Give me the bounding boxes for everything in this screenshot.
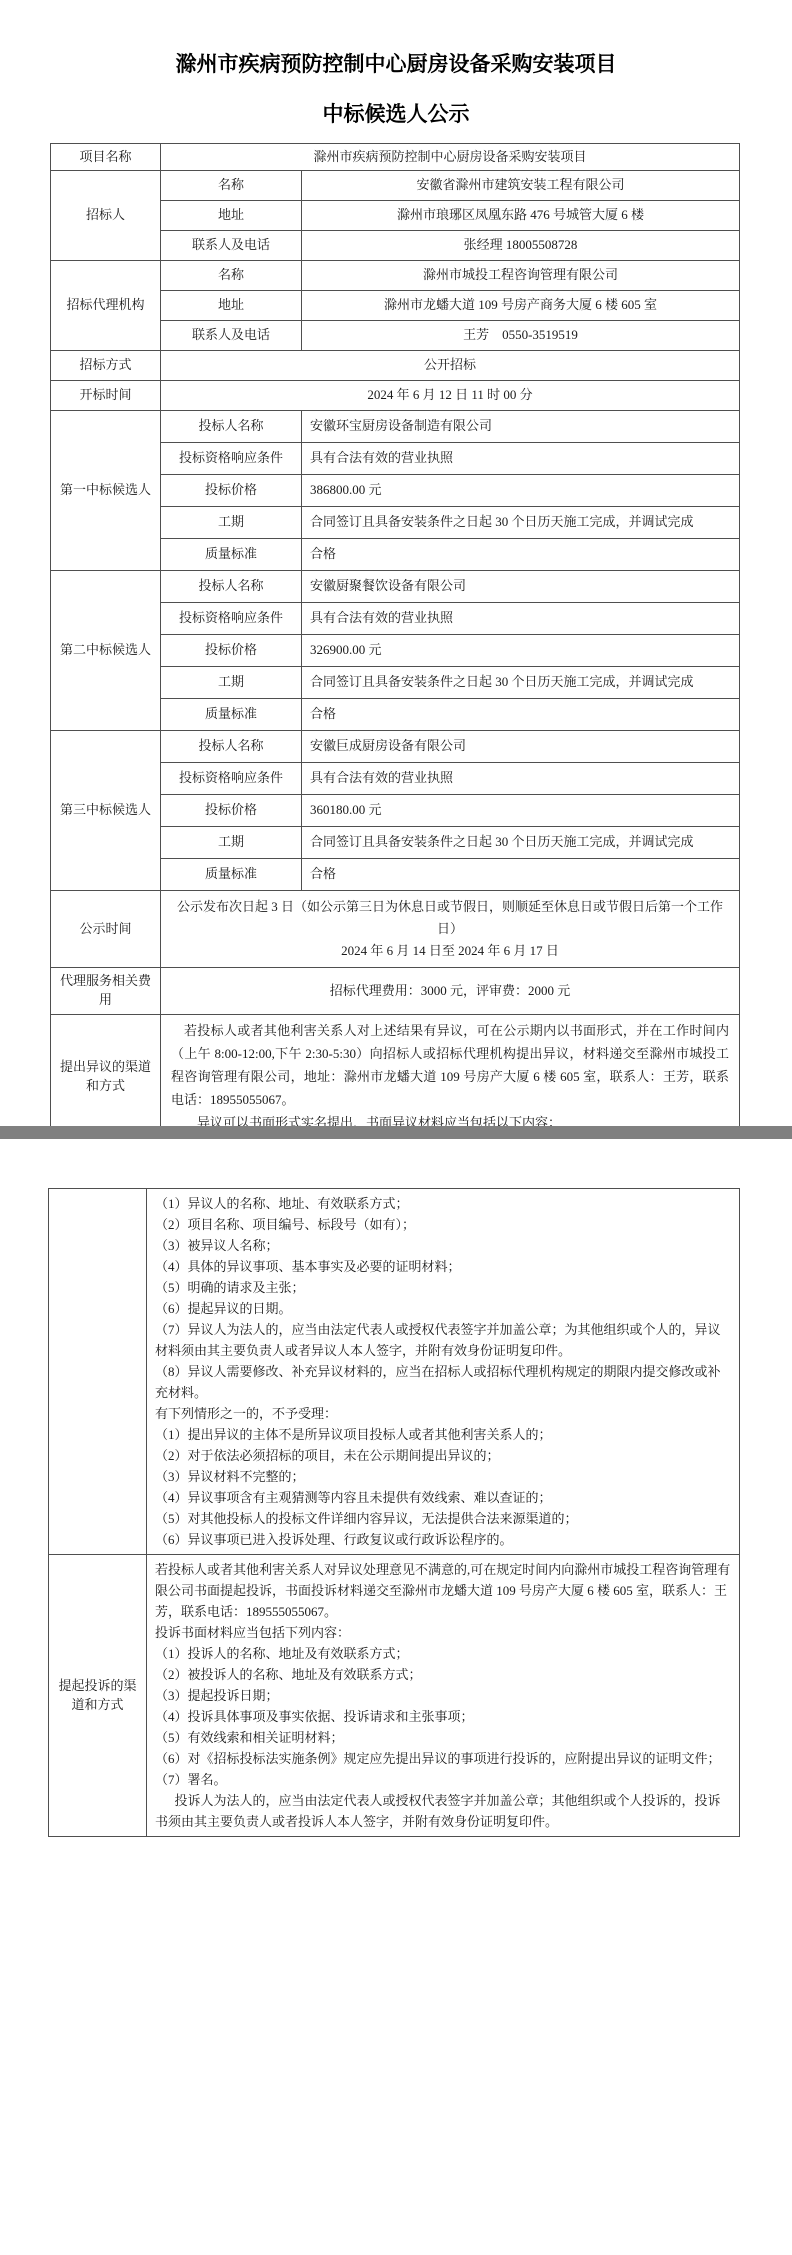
field-value-cell: 安徽环宝厨房设备制造有限公司 [302,411,740,443]
candidate1-label: 第一中标候选人 [51,411,161,571]
table-row: 提起投诉的渠道和方式 若投标人或者其他利害关系人对异议处理意见不满意的,可在规定… [49,1555,740,1837]
field-value-cell: 合格 [302,859,740,891]
candidate2-label: 第二中标候选人 [51,571,161,731]
field-value-cell: 王芳 0550-3519519 [302,321,740,351]
list-item: （7）异议人为法人的，应当由法定代表人或授权代表签字并加盖公章；为其他组织或个人… [155,1319,731,1361]
list-item: （7）署名。 [155,1769,731,1790]
project-name-value: 滁州市疾病预防控制中心厨房设备采购安装项目 [161,144,740,171]
field-label-cell: 工期 [161,827,302,859]
field-value-cell: 具有合法有效的营业执照 [302,763,740,795]
field-value-cell: 合格 [302,699,740,731]
list-item: （3）被异议人名称； [155,1235,731,1256]
field-value-cell: 360180.00 元 [302,795,740,827]
list-item: （5）对其他投标人的投标文件详细内容异议，无法提供合法来源渠道的； [155,1508,731,1529]
list-item: （3）异议材料不完整的； [155,1466,731,1487]
field-value-cell: 具有合法有效的营业执照 [302,443,740,475]
list-item: （2）项目名称、项目编号、标段号（如有）； [155,1214,731,1235]
announcement-table-page2: （1）异议人的名称、地址、有效联系方式； （2）项目名称、项目编号、标段号（如有… [48,1188,740,1837]
field-label-cell: 地址 [161,201,302,231]
list-item: （1）提出异议的主体不是所异议项目投标人或者其他利害关系人的； [155,1424,731,1445]
bid-opening-time-label: 开标时间 [51,381,161,411]
field-label-cell: 质量标准 [161,539,302,571]
empty-label-cell [49,1189,147,1555]
table-row: 招标代理机构 名称 滁州市城投工程咨询管理有限公司 [51,261,740,291]
list-item: （6）异议事项已进入投诉处理、行政复议或行政诉讼程序的。 [155,1529,731,1550]
field-value-cell: 具有合法有效的营业执照 [302,603,740,635]
table-row: 招标方式 公开招标 [51,351,740,381]
field-label-cell: 投标人名称 [161,411,302,443]
document-page: 滁州市疾病预防控制中心厨房设备采购安装项目 中标候选人公示 项目名称 滁州市疾病… [0,0,792,2255]
field-label-cell: 投标资格响应条件 [161,763,302,795]
field-label-cell: 质量标准 [161,699,302,731]
list-item: 有下列情形之一的，不予受理： [155,1403,731,1424]
page-subtitle: 中标候选人公示 [0,98,792,128]
list-item: （6）提起异议的日期。 [155,1298,731,1319]
table-row: 提出异议的渠道和方式 若投标人或者其他利害关系人对上述结果有异议，可在公示期内以… [51,1015,740,1139]
field-label-cell: 投标人名称 [161,731,302,763]
complaint-channel-cell: 若投标人或者其他利害关系人对异议处理意见不满意的,可在规定时间内向滁州市城投工程… [147,1555,740,1837]
agency-fee-value: 招标代理费用：3000 元，评审费：2000 元 [161,968,740,1015]
publicity-period-text: 公示发布次日起 3 日（如公示第三日为休息日或节假日，则顺延至休息日或节假日后第… [171,896,729,940]
list-item: （8）异议人需要修改、补充异议材料的，应当在招标人或招标代理机构规定的期限内提交… [155,1361,731,1403]
table-row: 第二中标候选人 投标人名称 安徽厨聚餐饮设备有限公司 [51,571,740,603]
table-row: 公示时间 公示发布次日起 3 日（如公示第三日为休息日或节假日，则顺延至休息日或… [51,891,740,968]
bid-method-label: 招标方式 [51,351,161,381]
list-item: （4）投诉具体事项及事实依据、投诉请求和主张事项； [155,1706,731,1727]
complaint-paragraph: 投诉书面材料应当包括下列内容： [155,1622,731,1643]
field-label-cell: 投标资格响应条件 [161,603,302,635]
field-value-cell: 326900.00 元 [302,635,740,667]
objection-continuation-cell: （1）异议人的名称、地址、有效联系方式； （2）项目名称、项目编号、标段号（如有… [147,1189,740,1555]
page-title: 滁州市疾病预防控制中心厨房设备采购安装项目 [0,48,792,78]
bid-opening-time-value: 2024 年 6 月 12 日 11 时 00 分 [161,381,740,411]
list-item: （2）对于依法必须招标的项目，未在公示期间提出异议的； [155,1445,731,1466]
list-item: （1）投诉人的名称、地址及有效联系方式； [155,1643,731,1664]
field-label-cell: 投标人名称 [161,571,302,603]
table-row: 招标人 名称 安徽省滁州市建筑安装工程有限公司 [51,171,740,201]
list-item: （3）提起投诉日期； [155,1685,731,1706]
field-value-cell: 合格 [302,539,740,571]
field-value-cell: 滁州市琅琊区凤凰东路 476 号城管大厦 6 楼 [302,201,740,231]
field-label-cell: 投标价格 [161,795,302,827]
list-item: （4）异议事项含有主观猜测等内容且未提供有效线索、难以查证的； [155,1487,731,1508]
objection-paragraph: 若投标人或者其他利害关系人对上述结果有异议，可在公示期内以书面形式，并在工作时间… [171,1019,729,1111]
candidate3-label: 第三中标候选人 [51,731,161,891]
list-item: （1）异议人的名称、地址、有效联系方式； [155,1193,731,1214]
table-row: 项目名称 滁州市疾病预防控制中心厨房设备采购安装项目 [51,144,740,171]
complaint-paragraph: 投诉人为法人的，应当由法定代表人或授权代表签字并加盖公章；其他组织或个人投诉的，… [155,1790,731,1832]
list-item: （5）有效线索和相关证明材料； [155,1727,731,1748]
table-row: 开标时间 2024 年 6 月 12 日 11 时 00 分 [51,381,740,411]
tenderer-label: 招标人 [51,171,161,261]
field-label-cell: 投标价格 [161,635,302,667]
table-row: 第一中标候选人 投标人名称 安徽环宝厨房设备制造有限公司 [51,411,740,443]
field-value-cell: 安徽厨聚餐饮设备有限公司 [302,571,740,603]
objection-channel-label: 提出异议的渠道和方式 [51,1015,161,1139]
field-label-cell: 质量标准 [161,859,302,891]
field-label-cell: 投标资格响应条件 [161,443,302,475]
field-value-cell: 安徽省滁州市建筑安装工程有限公司 [302,171,740,201]
complaint-channel-label: 提起投诉的渠道和方式 [49,1555,147,1837]
field-value-cell: 合同签订且具备安装条件之日起 30 个日历天施工完成，并调试完成 [302,827,740,859]
table-row: 第三中标候选人 投标人名称 安徽巨成厨房设备有限公司 [51,731,740,763]
announcement-table-page1: 项目名称 滁州市疾病预防控制中心厨房设备采购安装项目 招标人 名称 安徽省滁州市… [50,143,740,1139]
field-value-cell: 安徽巨成厨房设备有限公司 [302,731,740,763]
field-label-cell: 工期 [161,507,302,539]
objection-channel-value: 若投标人或者其他利害关系人对上述结果有异议，可在公示期内以书面形式，并在工作时间… [161,1015,740,1139]
bid-method-value: 公开招标 [161,351,740,381]
page-separator-band [0,1126,792,1139]
agency-label: 招标代理机构 [51,261,161,351]
complaint-paragraph: 若投标人或者其他利害关系人对异议处理意见不满意的,可在规定时间内向滁州市城投工程… [155,1559,731,1622]
agency-fee-label: 代理服务相关费用 [51,968,161,1015]
list-item: （4）具体的异议事项、基本事实及必要的证明材料； [155,1256,731,1277]
field-value-cell: 386800.00 元 [302,475,740,507]
field-label-cell: 地址 [161,291,302,321]
field-label-cell: 名称 [161,261,302,291]
list-item: （2）被投诉人的名称、地址及有效联系方式； [155,1664,731,1685]
publicity-period-label: 公示时间 [51,891,161,968]
field-label-cell: 联系人及电话 [161,231,302,261]
field-label-cell: 联系人及电话 [161,321,302,351]
field-value-cell: 滁州市城投工程咨询管理有限公司 [302,261,740,291]
field-value-cell: 合同签订且具备安装条件之日起 30 个日历天施工完成，并调试完成 [302,507,740,539]
table-row: （1）异议人的名称、地址、有效联系方式； （2）项目名称、项目编号、标段号（如有… [49,1189,740,1555]
field-label-cell: 工期 [161,667,302,699]
publicity-period-dates: 2024 年 6 月 14 日至 2024 年 6 月 17 日 [171,940,729,962]
field-value-cell: 合同签订且具备安装条件之日起 30 个日历天施工完成，并调试完成 [302,667,740,699]
table-row: 代理服务相关费用 招标代理费用：3000 元，评审费：2000 元 [51,968,740,1015]
field-value-cell: 滁州市龙蟠大道 109 号房产商务大厦 6 楼 605 室 [302,291,740,321]
publicity-period-value: 公示发布次日起 3 日（如公示第三日为休息日或节假日，则顺延至休息日或节假日后第… [161,891,740,968]
field-label-cell: 名称 [161,171,302,201]
list-item: （6）对《招标投标法实施条例》规定应先提出异议的事项进行投诉的，应附提出异议的证… [155,1748,731,1769]
project-name-label: 项目名称 [51,144,161,171]
field-label-cell: 投标价格 [161,475,302,507]
field-value-cell: 张经理 18005508728 [302,231,740,261]
list-item: （5）明确的请求及主张； [155,1277,731,1298]
